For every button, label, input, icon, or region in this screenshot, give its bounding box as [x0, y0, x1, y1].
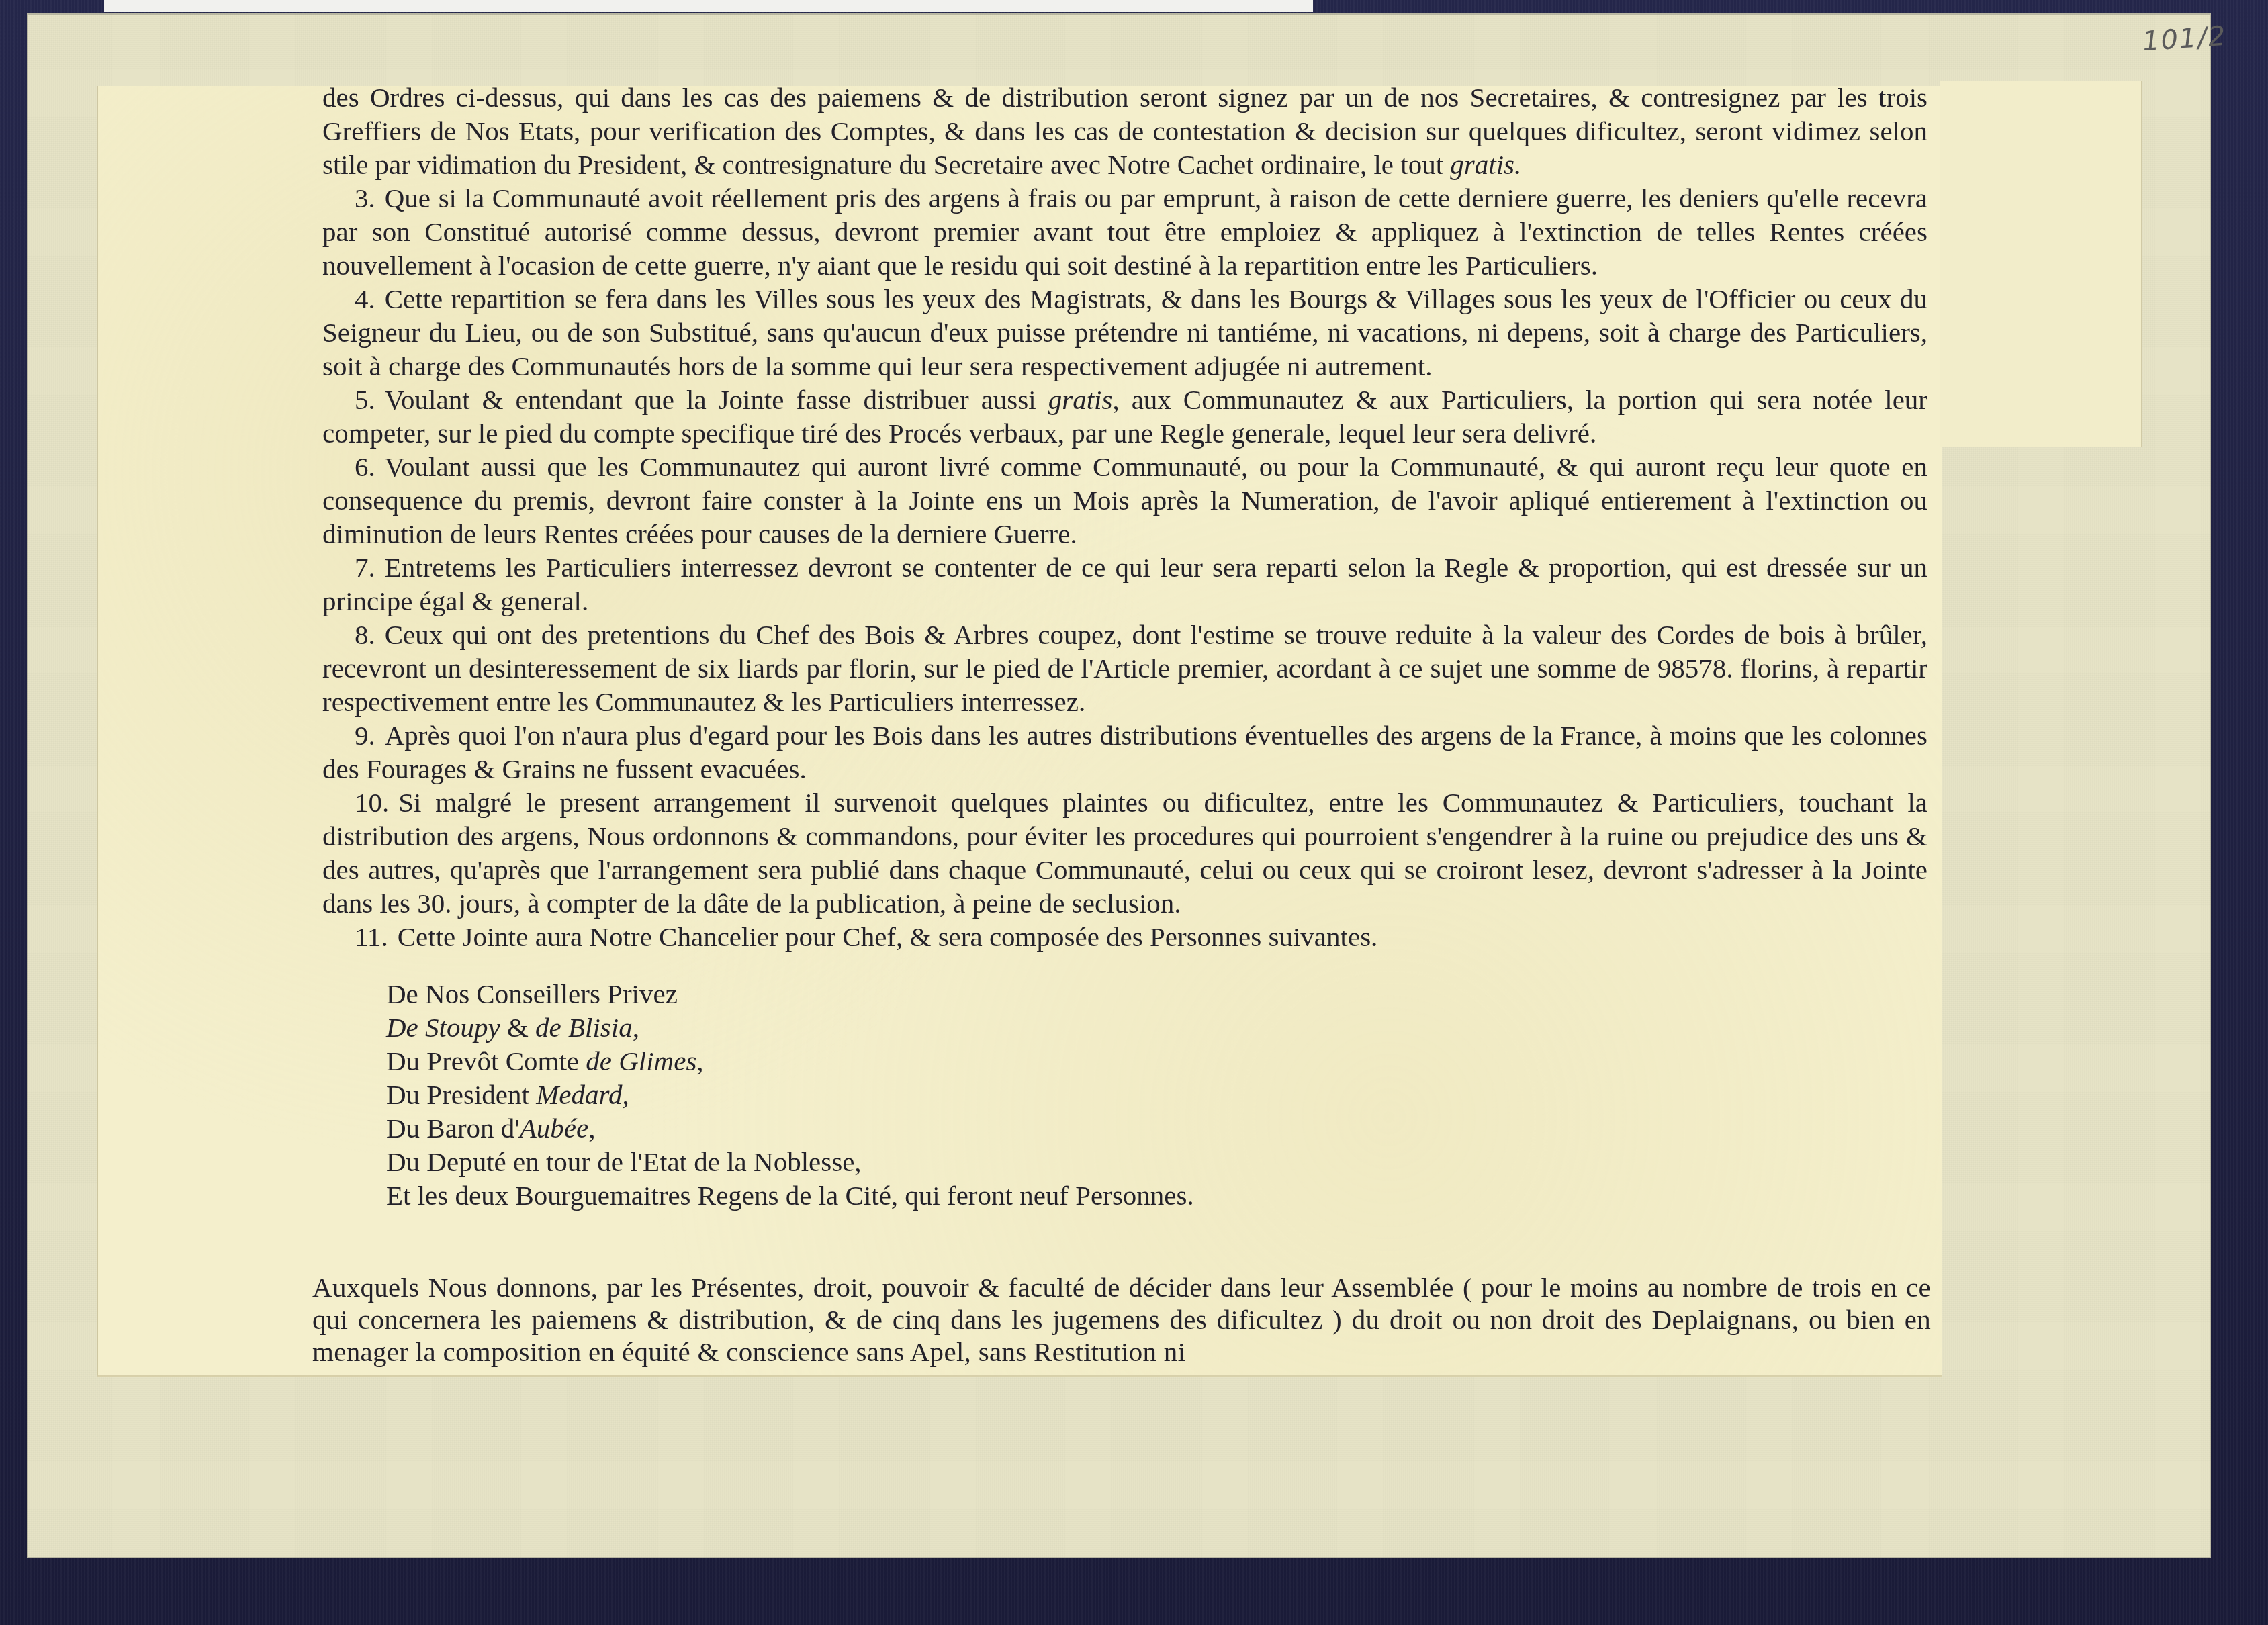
- member-text: ,: [696, 1046, 703, 1076]
- member-line: Du President Medard,: [386, 1078, 1194, 1111]
- document-body: des Ordres ci-dessus, qui dans les cas d…: [322, 81, 1927, 954]
- article-4: 4.Cette repartition se fera dans les Vil…: [322, 282, 1927, 383]
- member-line: De Stoupy & de Blisia,: [386, 1011, 1194, 1044]
- article-number: 6.: [355, 450, 375, 483]
- article-7: 7.Entretems les Particuliers interressez…: [322, 551, 1927, 618]
- member-text: ,: [623, 1079, 629, 1110]
- article-number: 3.: [355, 181, 375, 215]
- article-6: 6.Voulant aussi que les Communautez qui …: [322, 450, 1927, 551]
- article-number: 5.: [355, 383, 375, 416]
- document-sheet-tab: [1940, 81, 2142, 447]
- member-line: Du Deputé en tour de l'Etat de la Nobles…: [386, 1145, 1194, 1178]
- article-8: 8.Ceux qui ont des pretentions du Chef d…: [322, 618, 1927, 718]
- member-text: &: [500, 1012, 535, 1043]
- article-10: 10.Si malgré le present arrangement il s…: [322, 786, 1927, 920]
- member-text: De Nos Conseillers Privez: [386, 978, 678, 1009]
- member-text: Du President: [386, 1079, 536, 1110]
- jointe-members-list: De Nos Conseillers Privez De Stoupy & de…: [386, 977, 1194, 1212]
- member-text: Du Prevôt Comte: [386, 1046, 586, 1076]
- article-number: 4.: [355, 282, 375, 316]
- paragraph-continuation: des Ordres ci-dessus, qui dans les cas d…: [322, 81, 1927, 181]
- article-5: 5.Voulant & entendant que la Jointe fass…: [322, 383, 1927, 450]
- article-text: Voulant & entendant que la Jointe fasse …: [385, 384, 1036, 415]
- article-9: 9.Après quoi l'on n'aura plus d'egard po…: [322, 718, 1927, 786]
- member-text: ,: [588, 1113, 595, 1144]
- article-number: 7.: [355, 551, 375, 584]
- member-text: Du Deputé en tour de l'Etat de la Nobles…: [386, 1146, 862, 1177]
- archive-number-pencil: 101/2: [2142, 21, 2228, 58]
- article-text: Cette Jointe aura Notre Chancelier pour …: [398, 921, 1378, 952]
- article-text: Si malgré le present arrangement il surv…: [322, 787, 1927, 919]
- article-text: Après quoi l'on n'aura plus d'egard pour…: [322, 720, 1927, 784]
- article-number: 10.: [355, 786, 389, 819]
- member-text: ,: [633, 1012, 639, 1043]
- article-number: 9.: [355, 718, 375, 752]
- article-number: 11.: [355, 920, 388, 954]
- article-text: Que si la Communauté avoit réellement pr…: [322, 183, 1927, 281]
- article-text: Ceux qui ont des pretentions du Chef des…: [322, 619, 1927, 717]
- article-italic: gratis: [1048, 384, 1113, 415]
- article-text: Cette repartition se fera dans les Ville…: [322, 283, 1927, 381]
- member-line: Du Prevôt Comte de Glimes,: [386, 1044, 1194, 1078]
- member-text: Et les deux Bourguemaitres Regens de la …: [386, 1180, 1194, 1211]
- member-italic: de Glimes: [586, 1046, 696, 1076]
- top-label-strip: [104, 0, 1313, 12]
- article-text: Entretems les Particuliers interressez d…: [322, 552, 1927, 616]
- article-3: 3.Que si la Communauté avoit réellement …: [322, 181, 1927, 282]
- member-line: De Nos Conseillers Privez: [386, 977, 1194, 1011]
- member-text: Du Baron d': [386, 1113, 520, 1144]
- article-text: Voulant aussi que les Communautez qui au…: [322, 451, 1927, 549]
- member-italic: de Blisia: [535, 1012, 633, 1043]
- member-line: Du Baron d'Aubée,: [386, 1111, 1194, 1145]
- paragraph-italic: gratis.: [1450, 149, 1521, 180]
- article-11: 11.Cette Jointe aura Notre Chancelier po…: [322, 920, 1927, 954]
- member-italic: Aubée: [520, 1113, 588, 1144]
- article-number: 8.: [355, 618, 375, 651]
- closing-paragraph: Auxquels Nous donnons, par les Présentes…: [312, 1271, 1931, 1368]
- member-italic: De Stoupy: [386, 1012, 500, 1043]
- member-line: Et les deux Bourguemaitres Regens de la …: [386, 1178, 1194, 1212]
- paragraph-text: des Ordres ci-dessus, qui dans les cas d…: [322, 82, 1927, 180]
- member-italic: Medard: [536, 1079, 622, 1110]
